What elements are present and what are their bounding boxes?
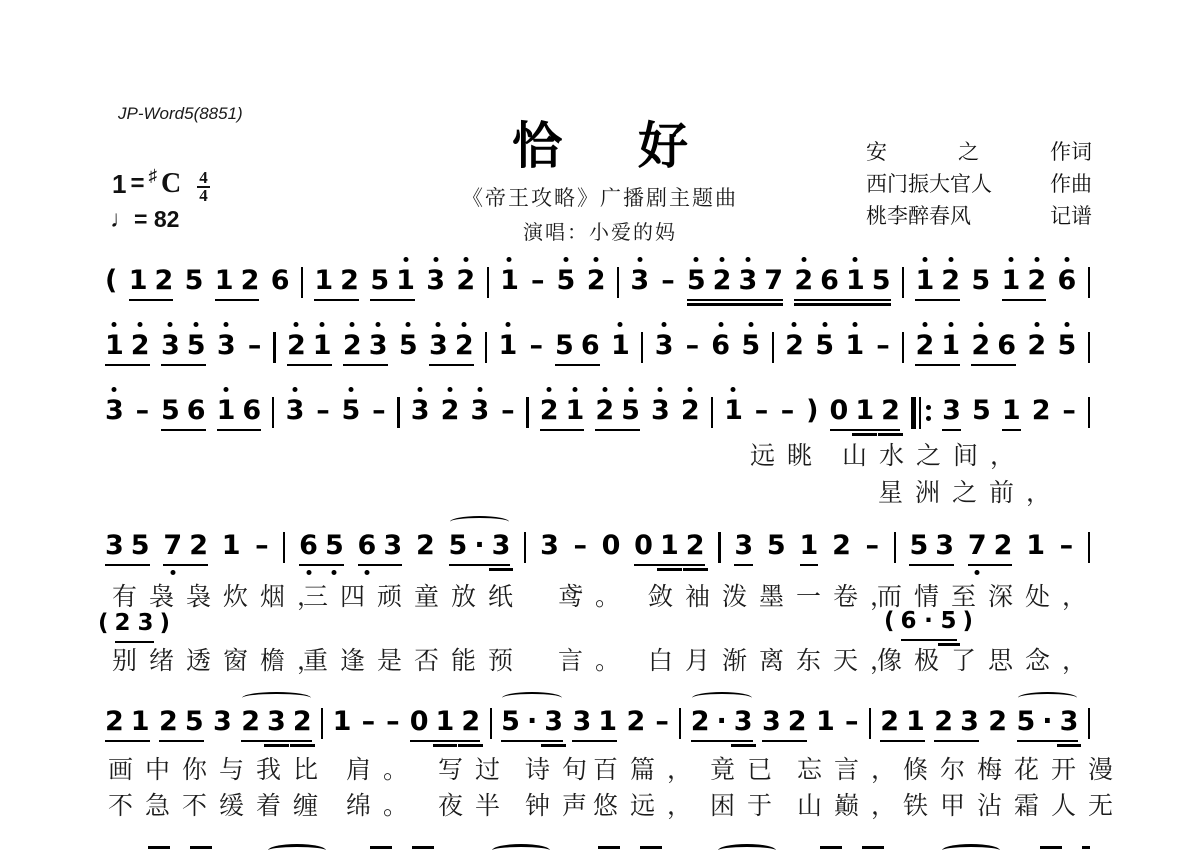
note-token: 5 (342, 396, 361, 426)
note-dash: – (529, 331, 544, 361)
bar-line (526, 397, 528, 428)
note-token: – (500, 396, 515, 426)
note-digit: 5 (501, 707, 520, 737)
bar-line (1088, 708, 1090, 739)
note-digit: 5 (557, 266, 576, 296)
note-digit: 2 (293, 707, 312, 737)
bar-line (283, 532, 285, 563)
lyric-row: 别绪透窗檐，重逢是否能预言。白月渐离东天，像极了思念， (0, 641, 1200, 675)
eighth-underline (762, 740, 807, 742)
lyric-segment: 重逢是否能预 (303, 641, 525, 677)
lyric-segment: 倏尔梅花开漫 (903, 750, 1125, 786)
eighth-underline (1017, 740, 1079, 742)
bar-line (718, 532, 720, 563)
note-token: 2 (681, 396, 700, 426)
eighth-underline (159, 740, 204, 742)
note-token: 72 (968, 531, 1013, 561)
repeat-sign (911, 397, 931, 429)
note-token: 5·3 (449, 531, 511, 561)
quarter-note-icon: ♩ (110, 206, 134, 233)
octave-dot-above (112, 387, 117, 392)
note-token: 6·5 (901, 606, 957, 636)
note-digit: 2 (343, 331, 362, 361)
note-token: 1 (333, 707, 352, 737)
note-token: 3 (655, 331, 674, 361)
note-digit: 3 (738, 266, 757, 296)
note-token: 12 (105, 331, 150, 361)
lyric-row: 远眺山水之间， (0, 436, 1200, 470)
note-token: 21 (915, 331, 960, 361)
note-digit: 1 (217, 396, 236, 426)
note-token: 012 (634, 531, 704, 561)
note-token: 6 (271, 266, 290, 296)
sixteenth-underline (683, 568, 708, 570)
lyric-row: 画中你与我比肩。写过诗句百篇，竟已忘言，倏尔梅花开漫 (0, 750, 1200, 784)
eighth-underline (1002, 299, 1047, 301)
octave-dot-above (978, 322, 983, 327)
note-dash: – (1062, 396, 1077, 426)
octave-dot-above (852, 322, 857, 327)
note-token: 5 (399, 331, 418, 361)
bar-line (485, 332, 487, 363)
note-token: 12 (314, 266, 359, 296)
note-digit: 2 (788, 707, 807, 737)
note-token: – (685, 331, 700, 361)
note-digit: 2 (880, 707, 899, 737)
lyric-segment: 三四顽童放纸 (303, 577, 525, 613)
note-digit: 0 (410, 707, 429, 737)
note-dash: – (754, 396, 769, 426)
note-token: 21 (880, 707, 925, 737)
note-digit: 3 (426, 266, 445, 296)
cutoff-line-mark (862, 846, 884, 849)
note-digit: 2 (540, 396, 559, 426)
note-token: 3 (734, 531, 753, 561)
octave-dot-below (306, 570, 311, 575)
cutoff-line-mark (598, 846, 620, 849)
note-dash: – (876, 331, 891, 361)
octave-dot-above (745, 257, 750, 262)
note-token: 2 (416, 531, 435, 561)
lyric-segment: 忘言， (797, 750, 908, 786)
cutoff-line-mark (370, 846, 392, 849)
note-token: – (361, 707, 376, 737)
note-digit: 6 (1057, 266, 1076, 296)
note-digit: 2 (456, 266, 475, 296)
note-token: ( (98, 608, 109, 638)
note-token: – (135, 396, 150, 426)
note-digit: 1 (611, 331, 630, 361)
lyric-segment: 像极了思念， (877, 641, 1099, 677)
music-line: 212532321––0125·3312–2·3321–212325·3 (105, 707, 1090, 747)
note-digit: ) (963, 606, 974, 636)
octave-dot-above (547, 387, 552, 392)
note-digit: 2 (241, 707, 260, 737)
note-digit: 1 (941, 331, 960, 361)
note-token: 5 (557, 266, 576, 296)
note-token: – (573, 531, 588, 561)
note-token: – (754, 396, 769, 426)
octave-dot-above (720, 257, 725, 262)
note-token: 16 (217, 396, 262, 426)
eighth-underline (343, 364, 388, 366)
note-digit: 1 (499, 331, 518, 361)
eighth-underline (299, 564, 344, 566)
note-token: 2 (1032, 396, 1051, 426)
bar-line (772, 332, 774, 363)
note-digit: 1 (800, 531, 819, 561)
bar-line (301, 267, 303, 298)
note-digit: 5 (555, 331, 574, 361)
note-digit: 2 (941, 266, 960, 296)
lyric-segment: 远眺 (750, 436, 824, 472)
note-digit: 2 (461, 707, 480, 737)
credit-text: 记谱 (1050, 200, 1092, 232)
note-token: 3 (426, 266, 445, 296)
octave-dot-above (477, 387, 482, 392)
note-digit: 2 (832, 531, 851, 561)
octave-dot-above (433, 257, 438, 262)
note-digit: 6 (271, 266, 290, 296)
note-digit: 6 (901, 606, 917, 636)
music-line: (1251261251321–523–52372615125126 (105, 266, 1090, 306)
bar-line (617, 267, 619, 298)
note-digit: 3 (267, 707, 286, 737)
note-digit: 1 (660, 531, 679, 561)
note-token: 63 (358, 531, 403, 561)
note-digit: 6 (187, 396, 206, 426)
note-digit: 6 (299, 531, 318, 561)
note-digit: 3 (411, 396, 430, 426)
lyric-row: 星洲之前， (0, 473, 1200, 507)
note-token: 2 (456, 266, 475, 296)
octave-dot-above (436, 322, 441, 327)
note-digit: 2 (340, 266, 359, 296)
note-dash: – (1059, 531, 1074, 561)
cutoff-arc-mark (942, 844, 1000, 850)
note-digit: 6 (711, 331, 730, 361)
tempo-value: = 82 (134, 206, 179, 232)
note-token: 3 (470, 396, 489, 426)
key-equals: = (130, 170, 144, 198)
note-dash: – (780, 396, 795, 426)
octave-dot-above (922, 322, 927, 327)
eighth-underline (105, 364, 150, 366)
time-signature-denominator: 4 (197, 188, 210, 204)
note-token: 56 (555, 331, 600, 361)
eighth-underline (287, 364, 332, 366)
octave-dot-above (1034, 257, 1039, 262)
octave-dot-above (403, 257, 408, 262)
note-token: 2 (785, 331, 804, 361)
note-digit: · (717, 707, 727, 737)
note-token: 35 (105, 531, 150, 561)
note-digit: 2 (971, 331, 990, 361)
note-digit: 2 (1027, 331, 1046, 361)
note-digit: 5 (185, 266, 204, 296)
note-token: 6 (711, 331, 730, 361)
note-digit: 2 (988, 707, 1007, 737)
sixteenth-underline (458, 744, 483, 746)
note-token: 1 (724, 396, 743, 426)
eighth-underline (934, 740, 979, 742)
eighth-underline (163, 564, 208, 566)
bar-line (894, 532, 896, 563)
eighth-underline (830, 429, 900, 431)
note-token: 2615 (794, 266, 890, 296)
cutoff-line-mark (1040, 846, 1062, 849)
note-token: 1 (500, 266, 519, 296)
bar-line (641, 332, 643, 363)
octave-dot-above (406, 322, 411, 327)
cutoff-line-mark (412, 846, 434, 849)
note-digit: 3 (572, 707, 591, 737)
note-token: 12 (1002, 266, 1047, 296)
eighth-underline (105, 564, 150, 566)
eighth-underline (129, 299, 174, 301)
note-token: 2 (587, 266, 606, 296)
note-digit: 3 (470, 396, 489, 426)
octave-dot-above (922, 257, 927, 262)
note-token: 31 (572, 707, 617, 737)
note-digit: 3 (429, 331, 448, 361)
octave-dot-above (463, 257, 468, 262)
note-token: 5237 (687, 266, 783, 296)
note-digit: 2 (416, 531, 435, 561)
eighth-underline (105, 740, 150, 742)
eighth-underline (968, 564, 1013, 566)
eighth-underline (555, 364, 600, 366)
lyric-segment: 画中你与我比 (108, 750, 330, 786)
note-digit: 3 (492, 531, 511, 561)
note-token: – (876, 331, 891, 361)
eighth-underline (880, 740, 925, 742)
octave-dot-above (948, 322, 953, 327)
slur-arc (502, 692, 562, 704)
note-token: 1 (1002, 396, 1021, 426)
note-digit: 2 (154, 266, 173, 296)
note-digit: 1 (131, 707, 150, 737)
cutoff-arc-mark (268, 844, 326, 850)
note-token: 1 (800, 531, 819, 561)
note-digit: 2 (686, 531, 705, 561)
cutoff-line-mark (148, 846, 170, 849)
sharp-icon: ♯ (148, 166, 157, 186)
credit-text: 桃李醉春风 (866, 200, 971, 232)
note-token: 1 (222, 531, 241, 561)
sixteenth-underline (794, 303, 890, 305)
octave-dot-below (364, 570, 369, 575)
octave-dot-below (332, 570, 337, 575)
note-token: – (254, 531, 269, 561)
note-digit: 2 (681, 396, 700, 426)
note-token: – (1062, 396, 1077, 426)
note-dash: – (844, 707, 859, 737)
note-digit: 2 (131, 331, 150, 361)
eighth-underline (217, 429, 262, 431)
note-dash: – (254, 531, 269, 561)
sixteenth-underline (687, 303, 783, 305)
note-token: 5·3 (1017, 707, 1079, 737)
credit-line: 桃李醉春风记谱 (866, 200, 1092, 232)
bar-line (321, 708, 323, 739)
octave-dot-above (563, 257, 568, 262)
note-digit: 1 (396, 266, 415, 296)
note-digit: 1 (906, 707, 925, 737)
note-digit: ( (884, 606, 895, 636)
octave-dot-above (1008, 257, 1013, 262)
octave-dot-above (658, 387, 663, 392)
note-digit: 5 (741, 331, 760, 361)
note-token: 5 (1058, 331, 1077, 361)
bar-line (273, 332, 275, 363)
octave-dot-above (462, 322, 467, 327)
note-digit: · (474, 531, 484, 561)
note-digit: 1 (215, 266, 234, 296)
note-token: 12 (129, 266, 174, 296)
credit-text: 西门振大官人 (866, 168, 992, 200)
note-token: 32 (429, 331, 474, 361)
note-digit: 3 (651, 396, 670, 426)
note-digit: 6 (242, 396, 261, 426)
note-digit: 1 (915, 266, 934, 296)
cutoff-arc-mark (492, 844, 550, 850)
lyric-segment: 别绪透窗檐， (112, 641, 334, 677)
bar-line (524, 532, 526, 563)
note-digit: 2 (115, 608, 131, 638)
note-token: 5 (741, 331, 760, 361)
cutoff-line-mark (190, 846, 212, 849)
note-digit: 2 (785, 331, 804, 361)
note-token: 25 (595, 396, 640, 426)
lyric-segment: 悠远， (593, 786, 704, 822)
note-digit: 1 (129, 266, 148, 296)
note-token: ) (963, 606, 974, 636)
eighth-underline (358, 564, 403, 566)
note-digit: 1 (846, 266, 865, 296)
octave-dot-above (376, 322, 381, 327)
note-token: 5 (972, 396, 991, 426)
note-dash: – (573, 531, 588, 561)
bar-line (711, 397, 713, 428)
note-token: – (661, 266, 676, 296)
eighth-underline (429, 364, 474, 366)
note-digit: 5 (449, 531, 468, 561)
note-dash: – (865, 531, 880, 561)
note-token: 23 (934, 707, 979, 737)
note-digit: 5 (621, 396, 640, 426)
lyric-segment: 言。 (558, 641, 632, 677)
octave-dot-above (1064, 322, 1069, 327)
note-token: 0 (602, 531, 621, 561)
eighth-underline (691, 740, 753, 742)
music-line: 12353–21235321–5613–65251–212625 (105, 331, 1090, 371)
eighth-underline (915, 299, 960, 301)
note-token: 21 (287, 331, 332, 361)
note-digit: 5 (687, 266, 706, 296)
octave-dot-above (224, 322, 229, 327)
note-token: 72 (163, 531, 208, 561)
lyric-segment: 白月 (648, 641, 722, 677)
alternate-notes: (6·5) (884, 606, 973, 636)
note-digit: ( (105, 266, 117, 296)
eighth-underline (410, 740, 480, 742)
note-token: 23 (343, 331, 388, 361)
note-digit: 1 (598, 707, 617, 737)
octave-dot-above (507, 257, 512, 262)
bar-line (272, 397, 274, 428)
octave-dot-above (731, 387, 736, 392)
octave-dot-above (294, 322, 299, 327)
note-digit: 5 (1058, 331, 1077, 361)
note-token: 3 (217, 331, 236, 361)
note-dash: – (661, 266, 676, 296)
note-digit: ) (806, 396, 818, 426)
eighth-underline (449, 564, 511, 566)
note-digit: 5 (161, 396, 180, 426)
octave-dot-above (792, 322, 797, 327)
note-token: 3 (213, 707, 232, 737)
eighth-underline (540, 429, 585, 431)
note-digit: 2 (713, 266, 732, 296)
credit-line: 安之作词 (866, 136, 1092, 168)
note-digit: 1 (333, 707, 352, 737)
note-digit: 3 (286, 396, 305, 426)
note-digit: 5 (1017, 707, 1036, 737)
note-token: 3 (630, 266, 649, 296)
note-digit: 3 (655, 331, 674, 361)
note-digit: 2 (794, 266, 813, 296)
lyric-segment: 鸢。 (558, 577, 632, 613)
octave-dot-above (822, 322, 827, 327)
note-token: – (655, 707, 670, 737)
note-token: 1 (816, 707, 835, 737)
note-token: 1 (611, 331, 630, 361)
octave-dot-above (628, 387, 633, 392)
eighth-underline (942, 429, 961, 431)
note-digit: 3 (734, 707, 753, 737)
note-token: 12 (915, 266, 960, 296)
note-token: 012 (410, 707, 480, 737)
note-digit: 2 (994, 531, 1013, 561)
note-digit: 7 (764, 266, 783, 296)
octave-dot-above (505, 322, 510, 327)
note-token: 21 (105, 707, 150, 737)
note-digit: 6 (358, 531, 377, 561)
note-dash: – (135, 396, 150, 426)
note-token: 26 (971, 331, 1016, 361)
note-dash: – (685, 331, 700, 361)
note-token: – (780, 396, 795, 426)
octave-dot-above (594, 257, 599, 262)
octave-dot-above (1034, 322, 1039, 327)
note-token: 232 (241, 707, 311, 737)
note-token: 5 (971, 266, 990, 296)
key-signature: 1 = ♯ C 4 4 (112, 170, 210, 204)
eighth-underline (314, 299, 359, 301)
note-digit: 3 (630, 266, 649, 296)
note-token: 65 (299, 531, 344, 561)
eighth-underline (161, 429, 206, 431)
credit-text: 之 (958, 136, 979, 168)
eighth-underline (687, 299, 783, 301)
octave-dot-above (350, 322, 355, 327)
note-digit: 2 (881, 396, 900, 426)
octave-dot-above (418, 387, 423, 392)
note-token: 32 (762, 707, 807, 737)
eighth-underline (370, 299, 415, 301)
credit-text: 安 (866, 136, 887, 168)
